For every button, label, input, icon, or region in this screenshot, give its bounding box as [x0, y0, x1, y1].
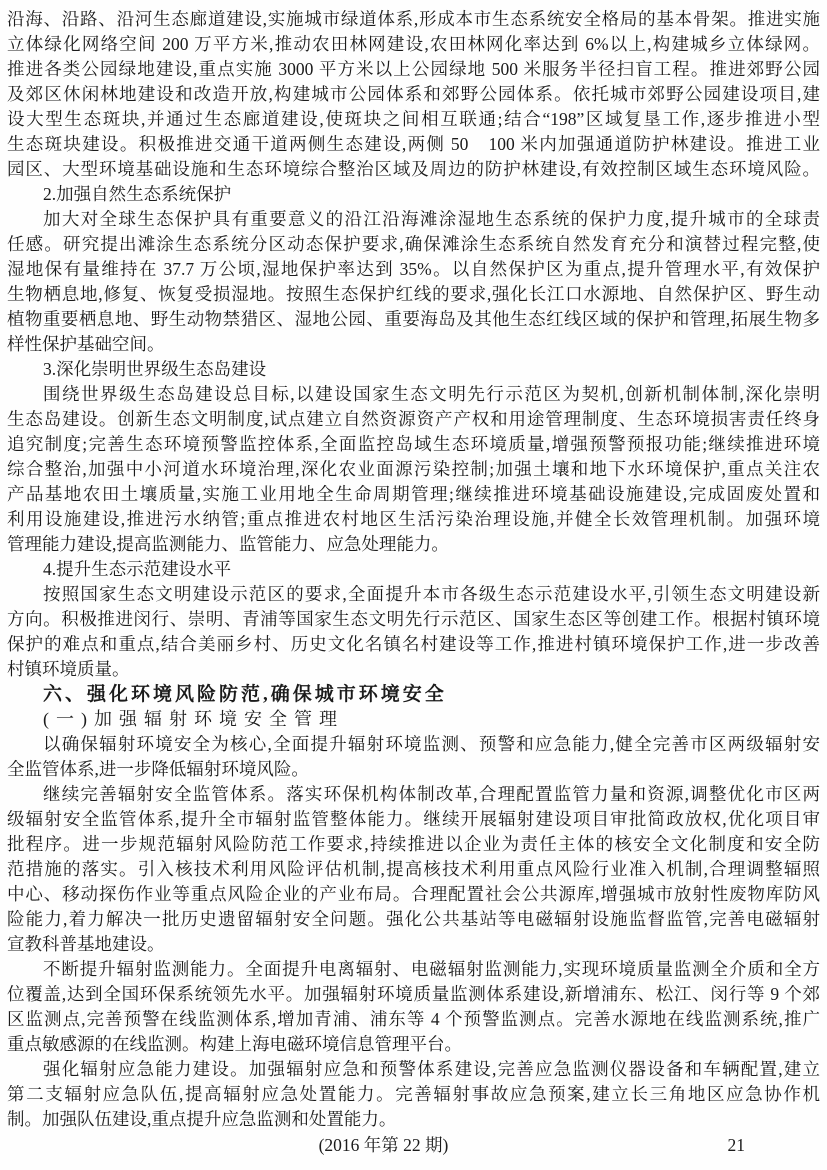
text-line: 3.深化崇明世界级生态岛建设	[7, 357, 820, 382]
text-line: 及郊区休闲林地建设和改造开放,构建城市公园体系和郊野公园体系。依托城市郊野公园建…	[7, 82, 820, 107]
text-line: 位覆盖,达到全国环保系统领先水平。加强辐射环境质量监测体系建设,新增浦东、松江、…	[7, 982, 820, 1007]
text-line: 管理能力建设,提高监测能力、监管能力、应急处理能力。	[7, 532, 820, 557]
page-footer: (2016 年第 22 期) 21	[7, 1133, 820, 1158]
text-line: 生态斑块建设。积极推进交通干道两侧生态建设,两侧 50 100 米内加强通道防护…	[7, 132, 820, 157]
text-line: (一)加强辐射环境安全管理	[7, 707, 820, 732]
text-line: 利用设施建设,推进污水纳管;重点推进农村地区生活污染治理设施,并健全长效管理机制…	[7, 507, 820, 532]
text-line: 设大型生态斑块,并通过生态廊道建设,使斑块之间相互联通;结合“198”区域复垦工…	[7, 107, 820, 132]
text-line: 险能力,着力解决一批历史遗留辐射安全问题。强化公共基站等电磁辐射设施监督监管,完…	[7, 907, 820, 932]
text-line: 范措施的落实。引入核技术利用风险评估机制,提高核技术利用重点风险行业准入机制,合…	[7, 857, 820, 882]
footer-issue-label: (2016 年第 22 期)	[7, 1133, 760, 1158]
text-line: 中心、移动探伤作业等重点风险企业的产业布局。合理配置社会公共源库,增强城市放射性…	[7, 882, 820, 907]
text-line: 第二支辐射应急队伍,提高辐射应急处置能力。完善辐射事故应急预案,建立长三角地区应…	[7, 1082, 820, 1107]
text-line: 围绕世界级生态岛建设总目标,以建设国家生态文明先行示范区为契机,创新机制体制,深…	[7, 382, 820, 407]
text-line: 以确保辐射环境安全为核心,全面提升辐射环境监测、预警和应急能力,健全完善市区两级…	[7, 732, 820, 757]
text-line: 沿海、沿路、沿河生态廊道建设,实施城市绿道体系,形成本市生态系统安全格局的基本骨…	[7, 7, 820, 32]
text-line: 植物重要栖息地、野生动物禁猎区、湿地公园、重要海岛及其他生态红线区域的保护和管理…	[7, 307, 820, 332]
text-line: 级辐射安全监管体系,提升全市辐射监管整体能力。继续开展辐射建设项目审批简政放权,…	[7, 807, 820, 832]
text-line: 方向。积极推进闵行、崇明、青浦等国家生态文明先行示范区、国家生态区等创建工作。根…	[7, 607, 820, 632]
text-line: 批程序。进一步规范辐射风险防范工作要求,持续推进以企业为责任主体的核安全文化制度…	[7, 832, 820, 857]
text-line: 湿地保有量维持在 37.7 万公顷,湿地保护率达到 35%。以自然保护区为重点,…	[7, 257, 820, 282]
text-line: 园区、大型环境基础设施和生态环境综合整治区域及周边的防护林建设,有效控制区域生态…	[7, 157, 820, 182]
document-page: 沿海、沿路、沿河生态廊道建设,实施城市绿道体系,形成本市生态系统安全格局的基本骨…	[0, 0, 827, 1170]
text-line: 不断提升辐射监测能力。全面提升电离辐射、电磁辐射监测能力,实现环境质量监测全介质…	[7, 957, 820, 982]
text-line: 全监管体系,进一步降低辐射环境风险。	[7, 757, 820, 782]
text-line: 继续完善辐射安全监管体系。落实环保机构体制改革,合理配置监管力量和资源,调整优化…	[7, 782, 820, 807]
text-line: 制。加强队伍建设,重点提升应急监测和处置能力。	[7, 1107, 820, 1132]
text-line: 保护的难点和重点,结合美丽乡村、历史文化名镇名村建设等工作,推进村镇环境保护工作…	[7, 632, 820, 657]
text-line: 追究制度;完善生态环境预警监控体系,全面监控岛域生态环境质量,增强预警预报功能;…	[7, 432, 820, 457]
text-line: 生态岛建设。创新生态文明制度,试点建立自然资源资产产权和用途管理制度、生态环境损…	[7, 407, 820, 432]
text-line: 推进各类公园绿地建设,重点实施 3000 平方米以上公园绿地 500 米服务半径…	[7, 57, 820, 82]
text-line: 4.提升生态示范建设水平	[7, 557, 820, 582]
text-line: 任感。研究提出滩涂生态系统分区动态保护要求,确保滩涂生态系统自然发育充分和演替过…	[7, 232, 820, 257]
text-line: 立体绿化网络空间 200 万平方米,推动农田林网建设,农田林网化率达到 6%以上…	[7, 32, 820, 57]
text-line: 综合整治,加强中小河道水环境治理,深化农业面源污染控制;加强土壤和地下水环境保护…	[7, 457, 820, 482]
text-line: 生物栖息地,修复、恢复受损湿地。按照生态保护红线的要求,强化长江口水源地、自然保…	[7, 282, 820, 307]
text-line: 样性保护基础空间。	[7, 332, 820, 357]
text-line: 2.加强自然生态系统保护	[7, 182, 820, 207]
text-line: 村镇环境质量。	[7, 657, 820, 682]
text-line: 产品基地农田土壤质量,实施工业用地全生命周期管理;继续推进环境基础设施建设,完成…	[7, 482, 820, 507]
text-line: 按照国家生态文明建设示范区的要求,全面提升本市各级生态示范建设水平,引领生态文明…	[7, 582, 820, 607]
text-line: 宣教科普基地建设。	[7, 932, 820, 957]
text-line: 强化辐射应急能力建设。加强辐射应急和预警体系建设,完善应急监测仪器设备和车辆配置…	[7, 1057, 820, 1082]
text-line: 区监测点,完善预警在线监测体系,增加青浦、浦东等 4 个预警监测点。完善水源地在…	[7, 1007, 820, 1032]
page-number: 21	[728, 1133, 746, 1158]
document-body: 沿海、沿路、沿河生态廊道建设,实施城市绿道体系,形成本市生态系统安全格局的基本骨…	[7, 7, 820, 1132]
text-line: 六、强化环境风险防范,确保城市环境安全	[7, 682, 820, 707]
text-line: 加大对全球生态保护具有重要意义的沿江沿海滩涂湿地生态系统的保护力度,提升城市的全…	[7, 207, 820, 232]
text-line: 重点敏感源的在线监测。构建上海电磁环境信息管理平台。	[7, 1032, 820, 1057]
